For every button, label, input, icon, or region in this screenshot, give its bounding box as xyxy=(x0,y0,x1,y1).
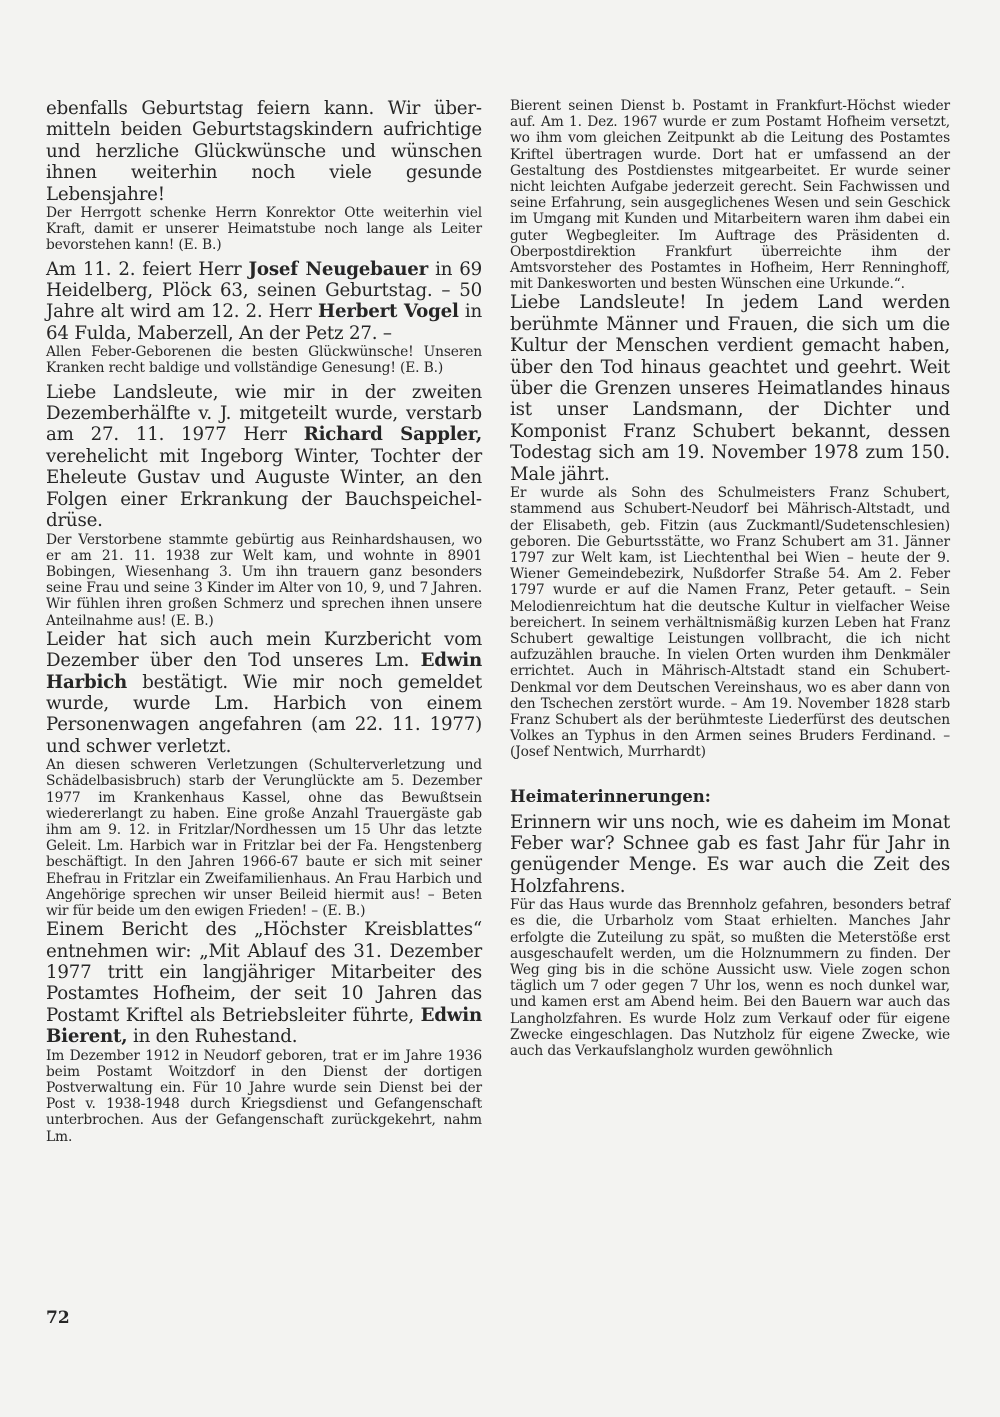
right-column: Bierent seinen Dienst b. Postamt in Fran… xyxy=(510,98,950,1059)
paragraph-harbich-report: Leider hat sich auch mein Kurzbe­richt v… xyxy=(46,629,482,757)
text-segment: verehelicht mit Ingeborg Winter, Tochter… xyxy=(46,446,482,531)
paragraph-schubert-biography: Er wurde als Sohn des Schulmeisters Fran… xyxy=(510,485,950,760)
text-segment: in den Ruhestand. xyxy=(127,1026,297,1047)
paragraph-february-birthdays: Am 11. 2. feiert Herr Josef Neugebauer i… xyxy=(46,259,482,345)
name-herbert-vogel: Herbert Vogel xyxy=(318,301,459,322)
paragraph-sappler-details: Der Verstorbene stammte gebürtig aus Rei… xyxy=(46,532,482,629)
name-josef-neugebauer: Josef Neugebauer xyxy=(249,259,429,280)
paragraph-february-memories: Erinnern wir uns noch, wie es daheim im … xyxy=(510,812,950,898)
text-segment: Am 11. 2. feiert Herr xyxy=(46,259,249,280)
text-segment: Leider hat sich auch mein Kurzbe­richt v… xyxy=(46,629,482,671)
paragraph-otte-blessing: Der Herrgott schenke Herrn Konrektor Ott… xyxy=(46,205,482,254)
paragraph-bierent-career: Im Dezember 1912 in Neudorf geboren, tra… xyxy=(46,1048,482,1145)
paragraph-february-wishes: Allen Feber-Geborenen die besten Glückwü… xyxy=(46,344,482,376)
paragraph-schubert-intro: Liebe Landsleute! In jedem Land werden b… xyxy=(510,292,950,485)
paragraph-sappler-death: Liebe Landsleute, wie mir in der zweiten… xyxy=(46,382,482,532)
paragraph-bierent-report: Einem Bericht des „Höchster Kreisblattes… xyxy=(46,919,482,1047)
document-page: ebenfalls Geburtstag feiern kann. Wir üb… xyxy=(0,0,1000,1417)
paragraph-harbich-details: An diesen schweren Verletzungen (Schulte… xyxy=(46,757,482,919)
paragraph-birthday-wishes: ebenfalls Geburtstag feiern kann. Wir üb… xyxy=(46,98,482,205)
text-segment: Einem Bericht des „Höchster Kreisblattes… xyxy=(46,919,482,1026)
section-heading-heimaterinnerungen: Heimaterinnerungen: xyxy=(510,787,950,806)
name-richard-sappler: Richard Sappler, xyxy=(304,424,482,445)
page-number: 72 xyxy=(46,1308,70,1328)
left-column: ebenfalls Geburtstag feiern kann. Wir üb… xyxy=(46,98,482,1145)
paragraph-wood-hauling: Für das Haus wurde das Brennholz gefahre… xyxy=(510,897,950,1059)
paragraph-bierent-continued: Bierent seinen Dienst b. Postamt in Fran… xyxy=(510,98,950,292)
